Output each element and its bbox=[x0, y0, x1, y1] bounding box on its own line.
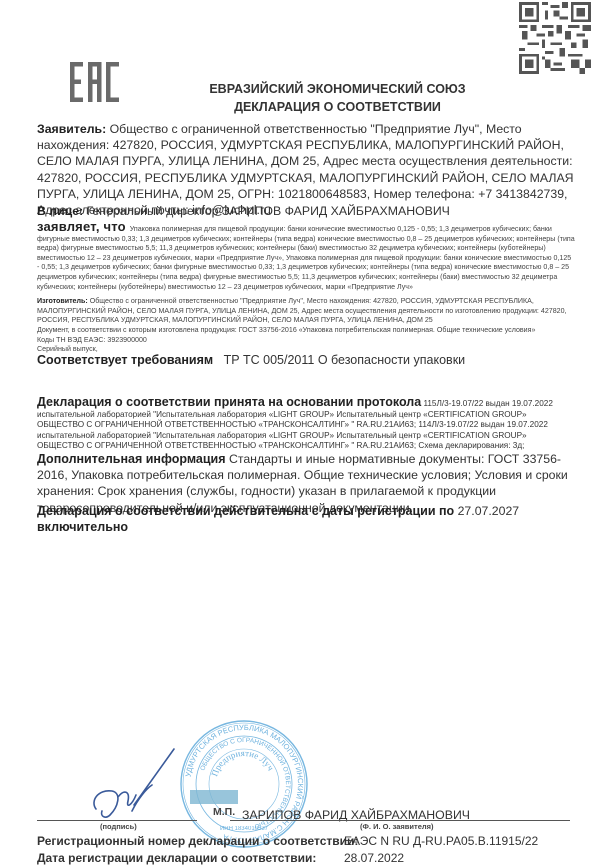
conforms-section: Соответствует требованиям ТР ТС 005/2011… bbox=[37, 353, 575, 367]
registration-date-label: Дата регистрации декларации о соответств… bbox=[37, 851, 316, 865]
declares-label: заявляет, что bbox=[37, 219, 126, 234]
union-title: ЕВРАЗИЙСКИЙ ЭКОНОМИЧЕСКИЙ СОЮЗ bbox=[0, 82, 605, 96]
registration-number-label: Регистрационный номер декларации о соотв… bbox=[37, 834, 358, 848]
signature-caption: (подпись) bbox=[100, 822, 137, 831]
additional-label: Дополнительная информация bbox=[37, 452, 226, 466]
svg-text:ИНН 1834010537: ИНН 1834010537 bbox=[220, 826, 269, 832]
standard-document: Документ, в соответствии с которым изгот… bbox=[37, 326, 575, 336]
person-text: Генеральный директор ЗАРИПОВ ФАРИД ХАЙБР… bbox=[87, 204, 450, 218]
registration-number-value: ЕАЭС N RU Д-RU.РА05.В.11915/22 bbox=[344, 834, 538, 848]
manufacturer-label: Изготовитель: bbox=[37, 297, 88, 305]
manufacturer-text: Общество с ограниченной ответственностью… bbox=[37, 297, 567, 324]
validity-section: Декларация о соответствии действительна … bbox=[37, 503, 575, 535]
signature-scribble bbox=[88, 745, 178, 825]
person-section: В лице: Генеральный директор ЗАРИПОВ ФАР… bbox=[37, 203, 575, 219]
validity-suffix: включительно bbox=[37, 520, 128, 534]
validity-label: Декларация о соответствии действительна … bbox=[37, 504, 454, 518]
person-label: В лице: bbox=[37, 204, 83, 218]
conforms-text: ТР ТС 005/2011 О безопасности упаковки bbox=[224, 353, 466, 367]
document-title: ДЕКЛАРАЦИЯ О СООТВЕТСТВИИ bbox=[0, 100, 605, 114]
name-caption: (Ф. И. О. заявителя) bbox=[360, 822, 434, 831]
name-line bbox=[230, 820, 570, 821]
qr-code bbox=[516, 2, 594, 74]
stamp-label: М.П. bbox=[213, 806, 235, 818]
signature-line bbox=[37, 820, 197, 821]
manufacturer-section: Изготовитель: Общество с ограниченной от… bbox=[37, 297, 575, 326]
validity-date: 27.07.2027 bbox=[458, 504, 520, 518]
declares-text: Упаковка полимерная для пищевой продукци… bbox=[37, 225, 575, 291]
applicant-label: Заявитель: bbox=[37, 122, 106, 136]
basis-protocol: 115Л/3-19.07/22 выдан 19.07.2022 bbox=[423, 399, 552, 408]
declares-section: заявляет, что Упаковка полимерная для пи… bbox=[37, 222, 575, 292]
basis-text: испытательной лабораторией "Испытательна… bbox=[37, 410, 548, 451]
basis-section: Декларация о соответствии принята на осн… bbox=[37, 397, 575, 452]
conforms-label: Соответствует требованиям bbox=[37, 353, 213, 367]
company-stamp: УДМУРТСКАЯ РЕСПУБЛИКА МАЛОПУРГИНСКИЙ РАЙ… bbox=[178, 718, 310, 850]
tnved-codes: Коды ТН ВЭД ЕАЭС: 3923900000 bbox=[37, 336, 575, 346]
registration-date-value: 28.07.2022 bbox=[344, 851, 404, 865]
basis-label: Декларация о соответствии принята на осн… bbox=[37, 395, 421, 409]
